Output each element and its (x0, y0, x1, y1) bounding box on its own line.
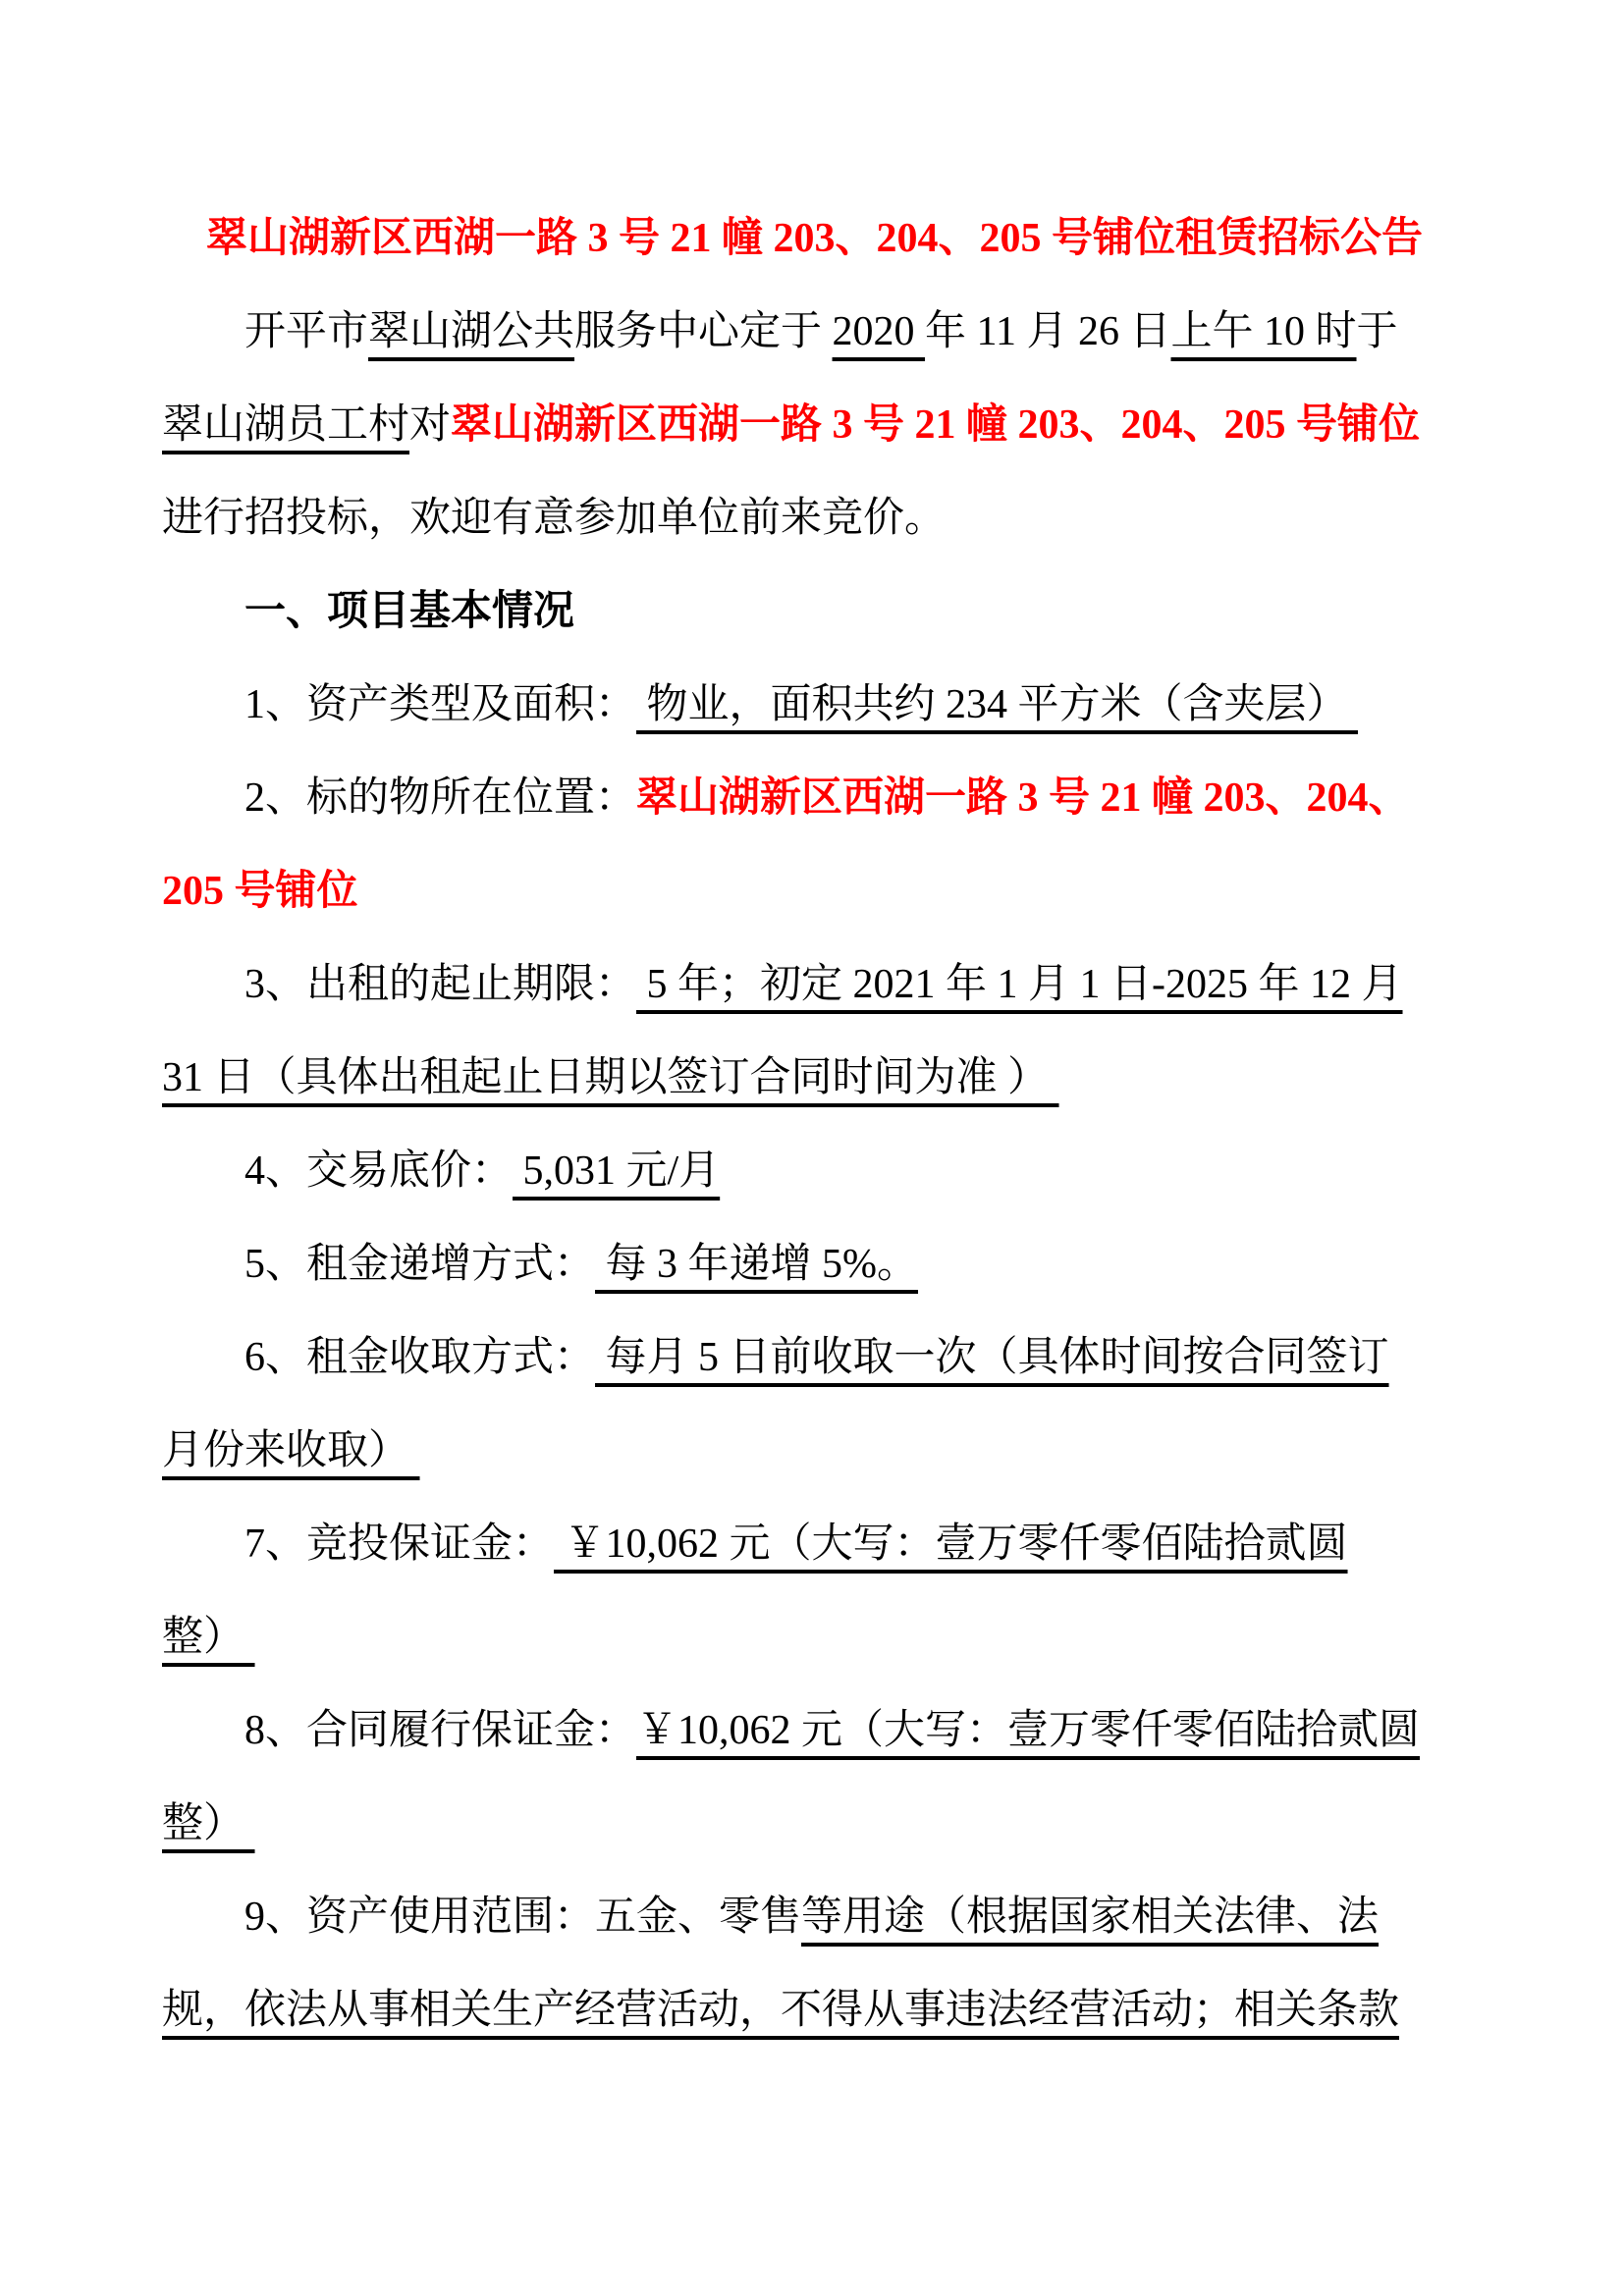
text-line: 7、竞投保证金： ￥10,062 元（大写：壹万零仟零佰陆拾贰圆 (162, 1498, 1467, 1591)
text-line: 4、交易底价： 5,031 元/月 (162, 1125, 1467, 1218)
list-item-5: 5、租金递增方式： 每 3 年递增 5%。 (162, 1218, 1467, 1311)
text-run: 整） (162, 1801, 255, 1846)
text-line: 9、资产使用范围：五金、零售等用途（根据国家相关法律、法 (162, 1871, 1467, 1964)
text-line: 进行招投标，欢迎有意参加单位前来竞价。 (162, 472, 1467, 565)
document-page: 翠山湖新区西湖一路 3 号 21 幢 203、204、205 号铺位租赁招标公告… (0, 0, 1624, 2296)
text-run: 2020 (833, 309, 926, 354)
text-run: 每月 5 日前收取一次（具体时间按合同签订 (595, 1335, 1389, 1380)
text-run: 9、资产使用范围：五金、零售 (244, 1895, 801, 1940)
text-line: 1、资产类型及面积： 物业，面积共约 234 平方米（含夹层） (162, 659, 1467, 752)
text-run: 翠山湖员工村 (162, 402, 409, 448)
section-heading: 一、项目基本情况 (162, 565, 1467, 659)
text-run: 6、租金收取方式： (244, 1335, 595, 1380)
text-line: 规，依法从事相关生产经营活动，不得从事违法经营活动；相关条款 (162, 1964, 1467, 2057)
text-run: 整） (162, 1615, 255, 1660)
list-item-2: 2、标的物所在位置：翠山湖新区西湖一路 3 号 21 幢 203、204、205… (162, 752, 1467, 938)
text-run: 开平市 (244, 309, 368, 354)
text-run: 物业，面积共约 234 平方米（含夹层） (636, 682, 1358, 727)
text-run: 服务中心定于 (574, 309, 833, 354)
list-item-3: 3、出租的起止期限： 5 年；初定 2021 年 1 月 1 日-2025 年 … (162, 938, 1467, 1125)
text-line: 整） (162, 1591, 1467, 1684)
text-run: 5,031 元/月 (513, 1148, 720, 1194)
list-item-4: 4、交易底价： 5,031 元/月 (162, 1125, 1467, 1218)
list-item-8: 8、合同履行保证金：￥10,062 元（大写：壹万零仟零佰陆拾贰圆整） (162, 1684, 1467, 1871)
text-run: 8、合同履行保证金： (244, 1708, 636, 1753)
text-line: 8、合同履行保证金：￥10,062 元（大写：壹万零仟零佰陆拾贰圆 (162, 1684, 1467, 1778)
text-line: 31 日（具体出租起止日期以签订合同时间为准 ） (162, 1032, 1467, 1125)
text-line: 2、标的物所在位置：翠山湖新区西湖一路 3 号 21 幢 203、204、 (162, 752, 1467, 845)
text-run: 翠山湖新区西湖一路 3 号 21 幢 203、204、205 号铺位 (451, 402, 1420, 448)
text-line: 6、租金收取方式： 每月 5 日前收取一次（具体时间按合同签订 (162, 1311, 1467, 1405)
text-run: 3、出租的起止期限： (244, 962, 636, 1007)
list-item-9: 9、资产使用范围：五金、零售等用途（根据国家相关法律、法规，依法从事相关生产经营… (162, 1871, 1467, 2057)
text-run: 一、项目基本情况 (244, 589, 574, 634)
intro-paragraph: 开平市翠山湖公共服务中心定于 2020 年 11 月 26 日上午 10 时于翠… (162, 286, 1467, 565)
text-run: 于 (1357, 309, 1398, 354)
list-item-7: 7、竞投保证金： ￥10,062 元（大写：壹万零仟零佰陆拾贰圆整） (162, 1498, 1467, 1684)
text-line: 整） (162, 1778, 1467, 1871)
text-run: ￥10,062 元（大写：壹万零仟零佰陆拾贰圆 (636, 1708, 1420, 1753)
text-run: 上午 10 时 (1171, 309, 1357, 354)
text-line: 205 号铺位 (162, 845, 1467, 938)
text-line: 开平市翠山湖公共服务中心定于 2020 年 11 月 26 日上午 10 时于 (162, 286, 1467, 379)
text-line: 翠山湖员工村对翠山湖新区西湖一路 3 号 21 幢 203、204、205 号铺… (162, 379, 1467, 472)
text-run: 2、标的物所在位置： (244, 775, 636, 821)
text-run: 年 11 月 26 日 (925, 309, 1170, 354)
text-line: 月份来收取） (162, 1405, 1467, 1498)
text-run: 对 (409, 402, 451, 448)
text-run: 月份来收取） (162, 1428, 420, 1473)
text-run: 205 号铺位 (162, 869, 358, 914)
text-run: 规，依法从事相关生产经营活动，不得从事违法经营活动；相关条款 (162, 1988, 1399, 2033)
text-line: 翠山湖新区西湖一路 3 号 21 幢 203、204、205 号铺位租赁招标公告 (162, 192, 1467, 286)
list-item-6: 6、租金收取方式： 每月 5 日前收取一次（具体时间按合同签订月份来收取） (162, 1311, 1467, 1498)
text-run: 翠山湖公共 (368, 309, 574, 354)
text-line: 一、项目基本情况 (162, 565, 1467, 659)
text-run: ￥10,062 元（大写：壹万零仟零佰陆拾贰圆 (554, 1522, 1348, 1567)
text-run: 进行招投标，欢迎有意参加单位前来竞价。 (162, 496, 946, 541)
text-run: 等用途（根据国家相关法律、法 (801, 1895, 1379, 1940)
text-run: 4、交易底价： (244, 1148, 513, 1194)
text-line: 3、出租的起止期限： 5 年；初定 2021 年 1 月 1 日-2025 年 … (162, 938, 1467, 1032)
list-item-1: 1、资产类型及面积： 物业，面积共约 234 平方米（含夹层） (162, 659, 1467, 752)
text-run: 翠山湖新区西湖一路 3 号 21 幢 203、204、 (636, 775, 1410, 821)
text-run: 5、租金递增方式： (244, 1242, 595, 1287)
text-run: 翠山湖新区西湖一路 3 号 21 幢 203、204、205 号铺位租赁招标公告 (206, 216, 1423, 261)
text-run: 5 年；初定 2021 年 1 月 1 日-2025 年 12 月 (636, 962, 1403, 1007)
text-run: 7、竞投保证金： (244, 1522, 554, 1567)
text-line: 5、租金递增方式： 每 3 年递增 5%。 (162, 1218, 1467, 1311)
text-run: 每 3 年递增 5%。 (595, 1242, 918, 1287)
text-run: 1、资产类型及面积： (244, 682, 636, 727)
document-title: 翠山湖新区西湖一路 3 号 21 幢 203、204、205 号铺位租赁招标公告 (162, 192, 1467, 286)
text-run: 31 日（具体出租起止日期以签订合同时间为准 ） (162, 1055, 1059, 1100)
